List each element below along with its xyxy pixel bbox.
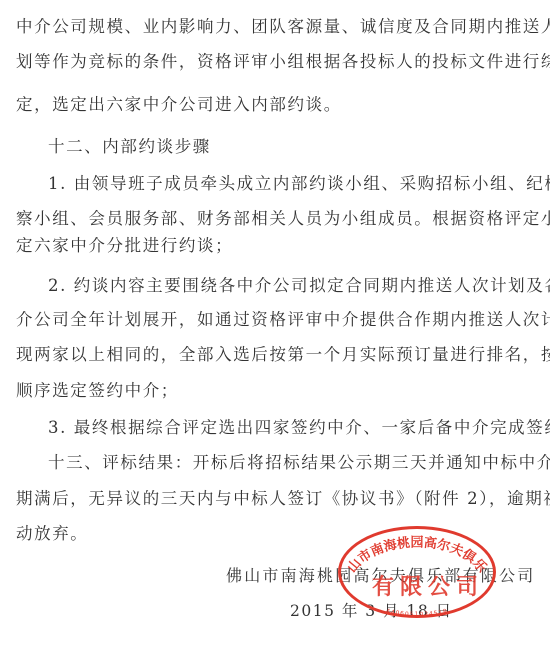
item-2-line: 顺序选定签约中介； [16, 381, 536, 401]
section-13-line: 十三、评标结果：开标后将招标结果公示期三天并通知中标中介公司， [48, 453, 536, 473]
item-2-line: 现两家以上相同的，全部入选后按第一个月实际预订量进行排名，按排名 [16, 345, 536, 365]
seal-number: 4406051024519 [385, 608, 448, 618]
seal-arc-text: 佛山市南海桃园高尔夫俱乐部 [338, 526, 491, 577]
section-heading-12: 十二、内部约谈步骤 [48, 137, 536, 157]
item-3-line: 3. 最终根据综合评定选出四家签约中介、一家后备中介完成签约。 [48, 418, 536, 438]
item-1-line: 定六家中介分批进行约谈； [16, 236, 536, 256]
svg-text:佛山市南海桃园高尔夫俱乐部: 佛山市南海桃园高尔夫俱乐部 [338, 526, 491, 577]
paragraph-line: 划等作为竞标的条件，资格评审小组根据各投标人的投标文件进行综合评 [16, 52, 536, 72]
item-1-line: 1. 由领导班子成员牵头成立内部约谈小组、采购招标小组、纪检监 [48, 174, 536, 194]
item-1-line: 察小组、会员服务部、财务部相关人员为小组成员。根据资格评定小组选 [16, 209, 536, 229]
paragraph-line: 中介公司规模、业内影响力、团队客源量、诚信度及合同期内推送人次计 [16, 17, 536, 37]
item-2-line: 2. 约谈内容主要围绕各中介公司拟定合同期内推送人次计划及各中 [48, 276, 536, 296]
paragraph-line: 定，选定出六家中介公司进入内部约谈。 [16, 95, 536, 115]
svg-text:4406051024519: 4406051024519 [385, 608, 448, 618]
section-13-line: 期满后，无异议的三天内与中标人签订《协议书》（附件 2），逾期视为自 [16, 489, 536, 509]
item-2-line: 介公司全年计划展开，如通过资格评审中介提供合作期内推送人次计划出 [16, 310, 536, 330]
seal-center-text: 有限公司 [372, 570, 484, 601]
